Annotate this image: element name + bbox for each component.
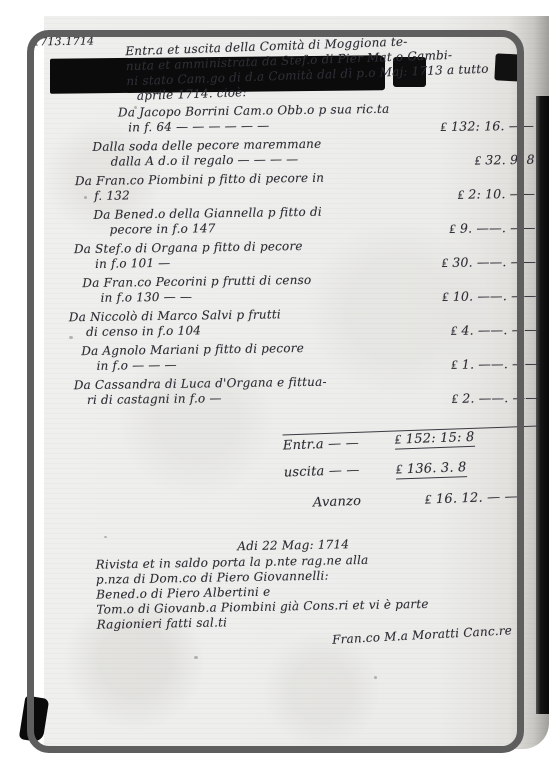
ledger-entry: Da Stef.o di Organa p fitto di pecore in… [64, 236, 540, 273]
ledger-entry: Da Agnolo Mariani p fitto di pecore in f… [65, 338, 541, 375]
total-label: Avanzo [313, 494, 362, 511]
total-value: ₤ 152: 15: 8 [394, 429, 474, 450]
entry-amount: ₤ 4. ——. —— [451, 322, 537, 339]
totals-block: Entr.a — — ₤ 152: 15: 8 uscita — — ₤ 136… [283, 426, 542, 524]
paper-speck [104, 536, 107, 538]
revision-note: Adi 22 Mag: 1714 Rivista et in saldo por… [95, 532, 517, 632]
paper-speck [374, 676, 377, 679]
manuscript-scan-view: 1713.1714 Entr.a et uscita della Comità … [0, 0, 549, 760]
total-label: Entr.a — — [283, 436, 360, 454]
paper-speck [194, 656, 198, 659]
entry-amount: ₤ 30. ——. —— [442, 254, 537, 271]
total-value: ₤ 16. 12. — — [425, 488, 518, 507]
entry-amount: ₤ 2. ——. —— [452, 390, 538, 407]
ledger-entry: Da Niccolò di Marco Salvi p frutti di ce… [65, 304, 541, 341]
ledger-entry: Da Bened.o della Giannella p fitto di pe… [63, 202, 539, 239]
entry-amount: ₤ 132: 16. —— [440, 118, 534, 135]
entry-list: Da Jacopo Borrini Cam.o Obb.o p sua ric.… [62, 100, 542, 413]
entry-amount: ₤ 9. ——. —— [449, 220, 535, 237]
ledger-entry: Da Jacopo Borrini Cam.o Obb.o p sua ric.… [62, 100, 538, 137]
year-margin-note: 1713.1714 [33, 34, 95, 48]
total-value: ₤ 136. 3. 8 [396, 459, 467, 479]
ledger-entry: Da Cassandra di Luca d'Organa e fittua- … [66, 372, 542, 409]
entry-amount: ₤ 32. 9. 8 [475, 152, 535, 169]
ledger-entry: Da Fran.co Piombini p fitto di pecore in… [63, 168, 539, 205]
total-label: uscita — — [284, 463, 360, 481]
ledger-entry: Dalla soda delle pecore maremmane dalla … [62, 134, 538, 171]
entry-amount: ₤ 1. ——. —— [451, 356, 537, 373]
entry-amount: ₤ 2: 10. —— [458, 186, 536, 203]
ledger-entry: Da Fran.co Pecorini p frutti di censo in… [64, 270, 540, 307]
entry-amount: ₤ 10. ——. —— [442, 288, 537, 305]
